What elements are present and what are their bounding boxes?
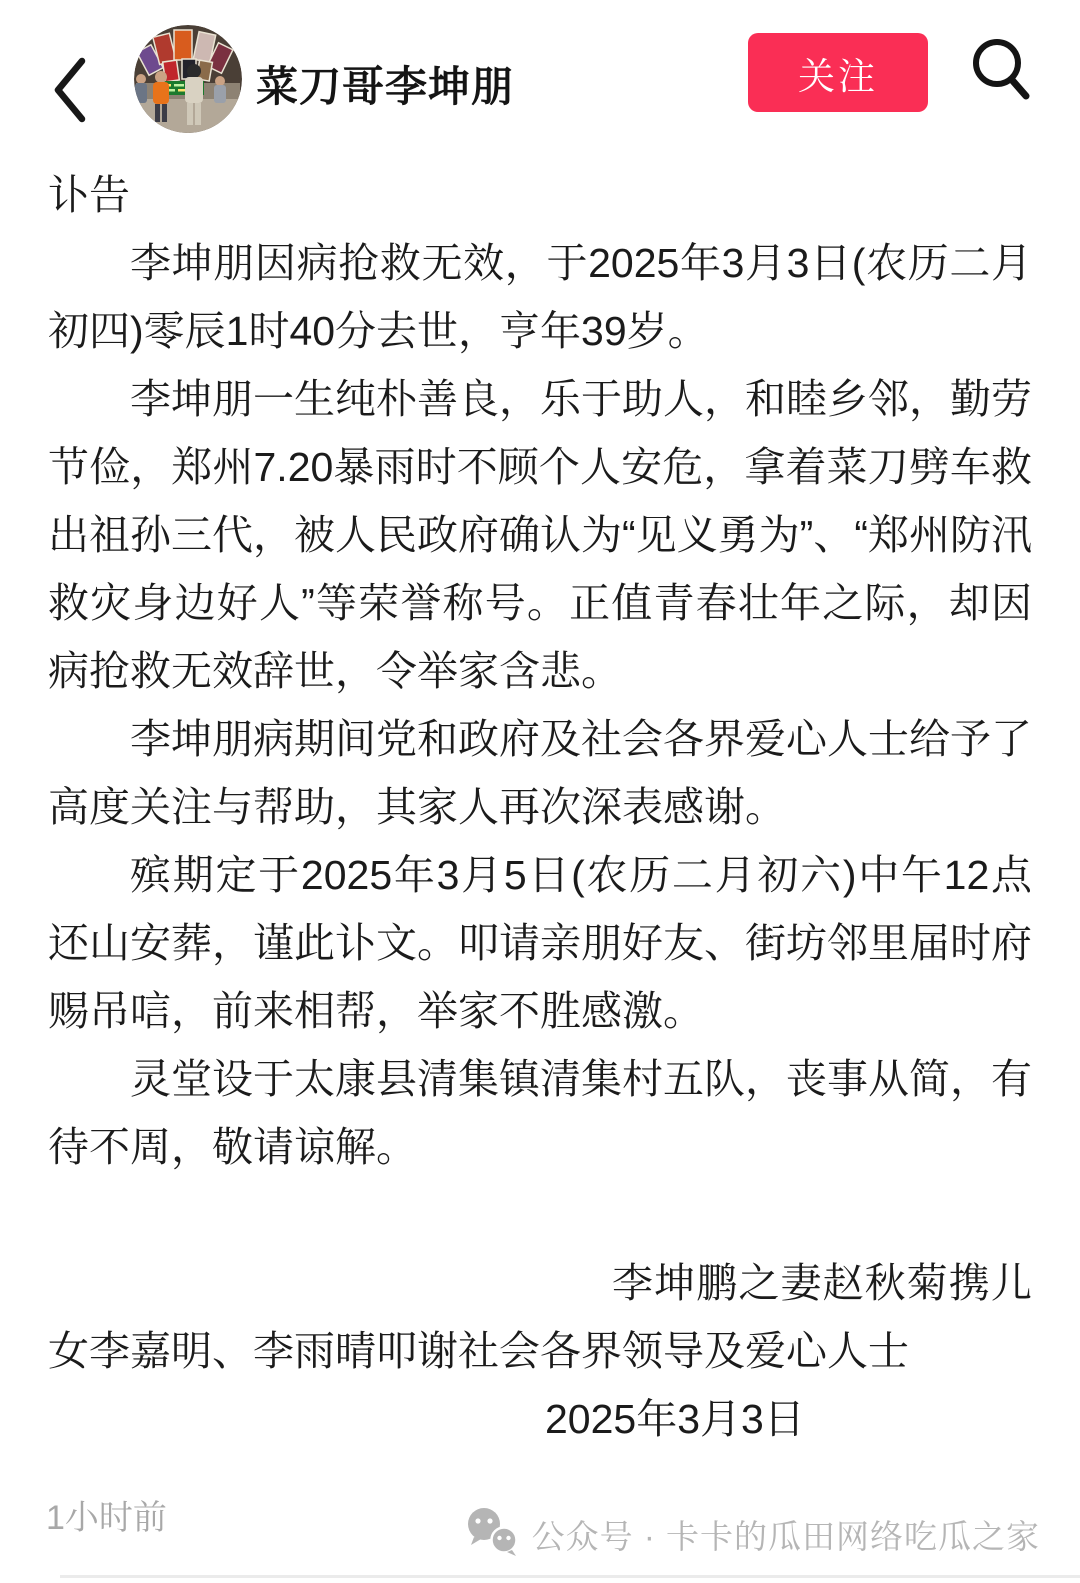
top-bar: 菜刀哥李坤朋 关注 <box>0 0 1080 150</box>
obituary-paragraph: 李坤朋一生纯朴善良，乐于助人，和睦乡邻，勤劳节俭，郑州7.20暴雨时不顾个人安危… <box>48 365 1032 705</box>
profile-username[interactable]: 菜刀哥李坤朋 <box>256 54 514 114</box>
obituary-paragraph: 李坤朋因病抢救无效，于2025年3月3日(农历二月初四)零辰1时40分去世，亨年… <box>48 229 1032 365</box>
follow-button[interactable]: 关注 <box>748 33 928 112</box>
obituary-paragraph: 李坤朋病期间党和政府及社会各界爱心人士给予了高度关注与帮助，其家人再次深表感谢。 <box>48 705 1032 841</box>
avatar[interactable] <box>134 25 242 133</box>
back-button[interactable] <box>50 55 90 125</box>
obituary-signature: 李坤鹏之妻赵秋菊携儿女李嘉明、李雨晴叩谢社会各界领导及爱心人士 <box>48 1249 1032 1385</box>
obituary-paragraph: 灵堂设于太康县清集镇清集村五队，丧事从简，有待不周，敬请谅解。 <box>48 1045 1032 1181</box>
post-timestamp: 1小时前 <box>46 1490 167 1539</box>
obituary-title: 讣告 <box>48 161 1032 229</box>
profile-photo <box>134 25 242 133</box>
search-button[interactable] <box>965 35 1035 105</box>
chevron-left-icon <box>50 113 90 128</box>
wechat-icon <box>464 1506 522 1563</box>
obituary-post-page: 菜刀哥李坤朋 关注 讣告 李坤朋因病抢救无效，于2025年3月3日(农历二月初四… <box>0 0 1080 1583</box>
obituary-date: 2025年3月3日 <box>48 1385 1032 1453</box>
watermark: 公众号 · 卡卡的瓜田网络吃瓜之家 <box>464 1506 1040 1563</box>
search-icon <box>965 93 1035 108</box>
follow-button-label: 关注 <box>798 46 878 100</box>
watermark-text: 公众号 · 卡卡的瓜田网络吃瓜之家 <box>532 1511 1040 1558</box>
obituary-paragraph: 殡期定于2025年3月5日(农历二月初六)中午12点还山安葬，谨此讣文。叩请亲朋… <box>48 841 1032 1045</box>
bottom-divider <box>60 1575 1080 1578</box>
obituary-text: 讣告 李坤朋因病抢救无效，于2025年3月3日(农历二月初四)零辰1时40分去世… <box>48 150 1032 1453</box>
